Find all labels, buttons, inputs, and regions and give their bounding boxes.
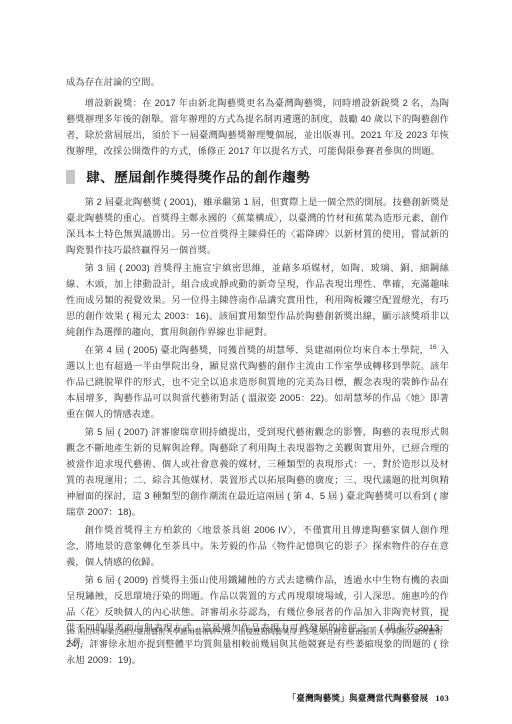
paragraph-4th-edition-text: 在第 4 屆 ( 2005) 臺北陶藝獎，同獲首獎的胡慧琴、吳建福兩位均來自本土… bbox=[85, 345, 430, 355]
heading-marker bbox=[66, 170, 75, 184]
paragraph-3rd-edition: 第 3 屆 ( 2003) 首獎得主施宣宇縝密思維，並藉多項媒材，如陶、玻璃、銅… bbox=[66, 260, 449, 340]
paragraph-4th-edition-text-continued: 入選以上也有超過一半由學院出身，顯見當代陶藝的創作主流由工作室學成轉移到學院。該… bbox=[66, 345, 449, 419]
footnote-separator bbox=[66, 620, 449, 621]
footnote-text: 16. 兩位均畢業於國立臺南藝術大學應用藝術研究所。而後歷屆陶藝獎得主多是來自國… bbox=[66, 627, 449, 647]
footnote-area: 16. 兩位均畢業於國立臺南藝術大學應用藝術研究所。而後歷屆陶藝獎得主多是來自國… bbox=[66, 620, 449, 647]
paragraph-4th-edition: 在第 4 屆 ( 2005) 臺北陶藝獎，同獲首獎的胡慧琴、吳建福兩位均來自本土… bbox=[66, 342, 449, 422]
paragraph-rookie-award: 增設新銳獎：在 2017 年由新北陶藝獎更名為臺灣陶藝獎，同時增設新銳獎 2 名… bbox=[66, 95, 449, 159]
paragraph-2nd-taipei-award: 第 2 屆臺北陶藝獎 ( 2001)，雖承繼第 1 屆，但實際上是一個全然的開展… bbox=[66, 194, 449, 258]
running-title: 「臺灣陶藝獎」與臺灣當代陶藝發展 bbox=[288, 693, 429, 703]
document-page: 成為存在討論的空間。 增設新銳獎：在 2017 年由新北陶藝獎更名為臺灣陶藝獎，… bbox=[0, 0, 512, 724]
paragraph-5th-edition: 第 5 屆 ( 2007) 評審廖瑞章則持續提出，受到現代藝術觀念的影響，陶藝的… bbox=[66, 424, 449, 520]
footnote-reference-16: 16 bbox=[429, 344, 436, 351]
article-body: 成為存在討論的空間。 增設新銳獎：在 2017 年由新北陶藝獎更名為臺灣陶藝獎，… bbox=[66, 74, 449, 670]
section-heading: 肆、歷屆創作獎得獎作品的創作趨勢 bbox=[66, 169, 449, 186]
paragraph-continued: 成為存在討論的空間。 bbox=[66, 74, 449, 90]
page-footer: 「臺灣陶藝獎」與臺灣當代陶藝發展103 bbox=[288, 692, 449, 704]
section-heading-text: 肆、歷屆創作獎得獎作品的創作趨勢 bbox=[86, 170, 310, 185]
page-number: 103 bbox=[435, 693, 449, 703]
paragraph-creation-award-winners: 創作獎首獎得主方柏欽的〈地景茶具組 2006 IV〉，不僅實用且傳達陶藝家個人創… bbox=[66, 522, 449, 570]
